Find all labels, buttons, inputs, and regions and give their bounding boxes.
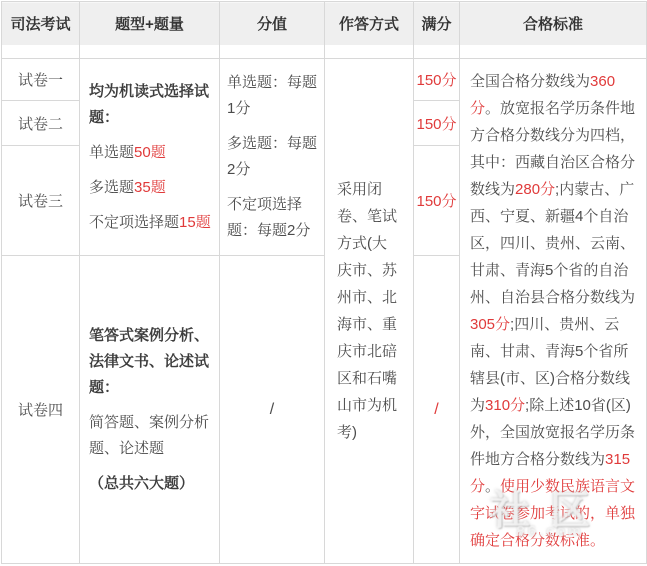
header-question-types: 题型+题量	[80, 2, 220, 59]
paper4-types-total: （总共六大题）	[89, 471, 213, 497]
score-line: 单选题：每题1分	[227, 70, 320, 122]
header-row: 司法考试 题型+题量 分值 作答方式 满分 合格标准	[2, 2, 647, 59]
paper1-cell: 试卷一	[2, 59, 80, 101]
paper3-cell: 试卷三	[2, 146, 80, 256]
standard-segment: 全国合格分数线为	[470, 73, 590, 90]
full-marks-paper2: 150分	[414, 101, 460, 146]
standard-segment: ;内蒙古、广西、宁夏、新疆4个自治区，四川、贵州、云南、甘肃、青海5个省的自治州…	[470, 181, 635, 306]
full-marks-paper3: 150分	[414, 146, 460, 256]
papers123-score-cell: 单选题：每题1分 多选题：每题2分 不定项选择题：每题2分	[220, 59, 325, 256]
table-row: 试卷一 均为机读式选择试题： 单选题50题 多选题35题 不定项选择题15题 单…	[2, 59, 647, 101]
score-line: 多选题：每题2分	[227, 131, 320, 183]
pass-standard-cell: 全国合格分数线为360分。放宽报名学历条件地方合格分数线分为四档，其中：西藏自治…	[460, 59, 647, 564]
exam-info-table: 司法考试 题型+题量 分值 作答方式 满分 合格标准 试卷一 均为机读式选择试题…	[1, 1, 647, 564]
header-exam: 司法考试	[2, 2, 80, 59]
paper2-cell: 试卷二	[2, 101, 80, 146]
mcq-item: 多选题35题	[89, 175, 213, 201]
full-marks-paper4-slash: /	[414, 256, 460, 564]
mcq-item: 不定项选择题15题	[89, 210, 213, 236]
mcq-item: 单选题50题	[89, 140, 213, 166]
answer-mode-cell: 采用闭卷、笔试方式(大庆市、苏州市、北海市、重庆市北碚区和石嘴山市为机考)	[325, 59, 414, 564]
header-pass-standard: 合格标准	[460, 2, 647, 59]
score-paper4-slash: /	[220, 256, 325, 564]
header-full-marks: 满分	[414, 2, 460, 59]
header-answer-mode: 作答方式	[325, 2, 414, 59]
papers123-types-cell: 均为机读式选择试题： 单选题50题 多选题35题 不定项选择题15题	[80, 59, 220, 256]
standard-segment: 305分	[470, 316, 510, 333]
header-score-values: 分值	[220, 2, 325, 59]
paper4-types-cell: 笔答式案例分析、法律文书、论述试题： 简答题、案例分析题、论述题 （总共六大题）	[80, 256, 220, 564]
standard-segment: 310分	[485, 397, 525, 414]
mcq-intro: 均为机读式选择试题：	[89, 79, 213, 131]
paper4-types-intro: 笔答式案例分析、法律文书、论述试题：	[89, 323, 213, 401]
standard-segment: 。	[485, 478, 500, 495]
paper4-cell: 试卷四	[2, 256, 80, 564]
standard-segment: 280分	[515, 181, 555, 198]
full-marks-paper1: 150分	[414, 59, 460, 101]
score-line: 不定项选择题：每题2分	[227, 192, 320, 244]
paper4-types-detail: 简答题、案例分析题、论述题	[89, 410, 213, 462]
